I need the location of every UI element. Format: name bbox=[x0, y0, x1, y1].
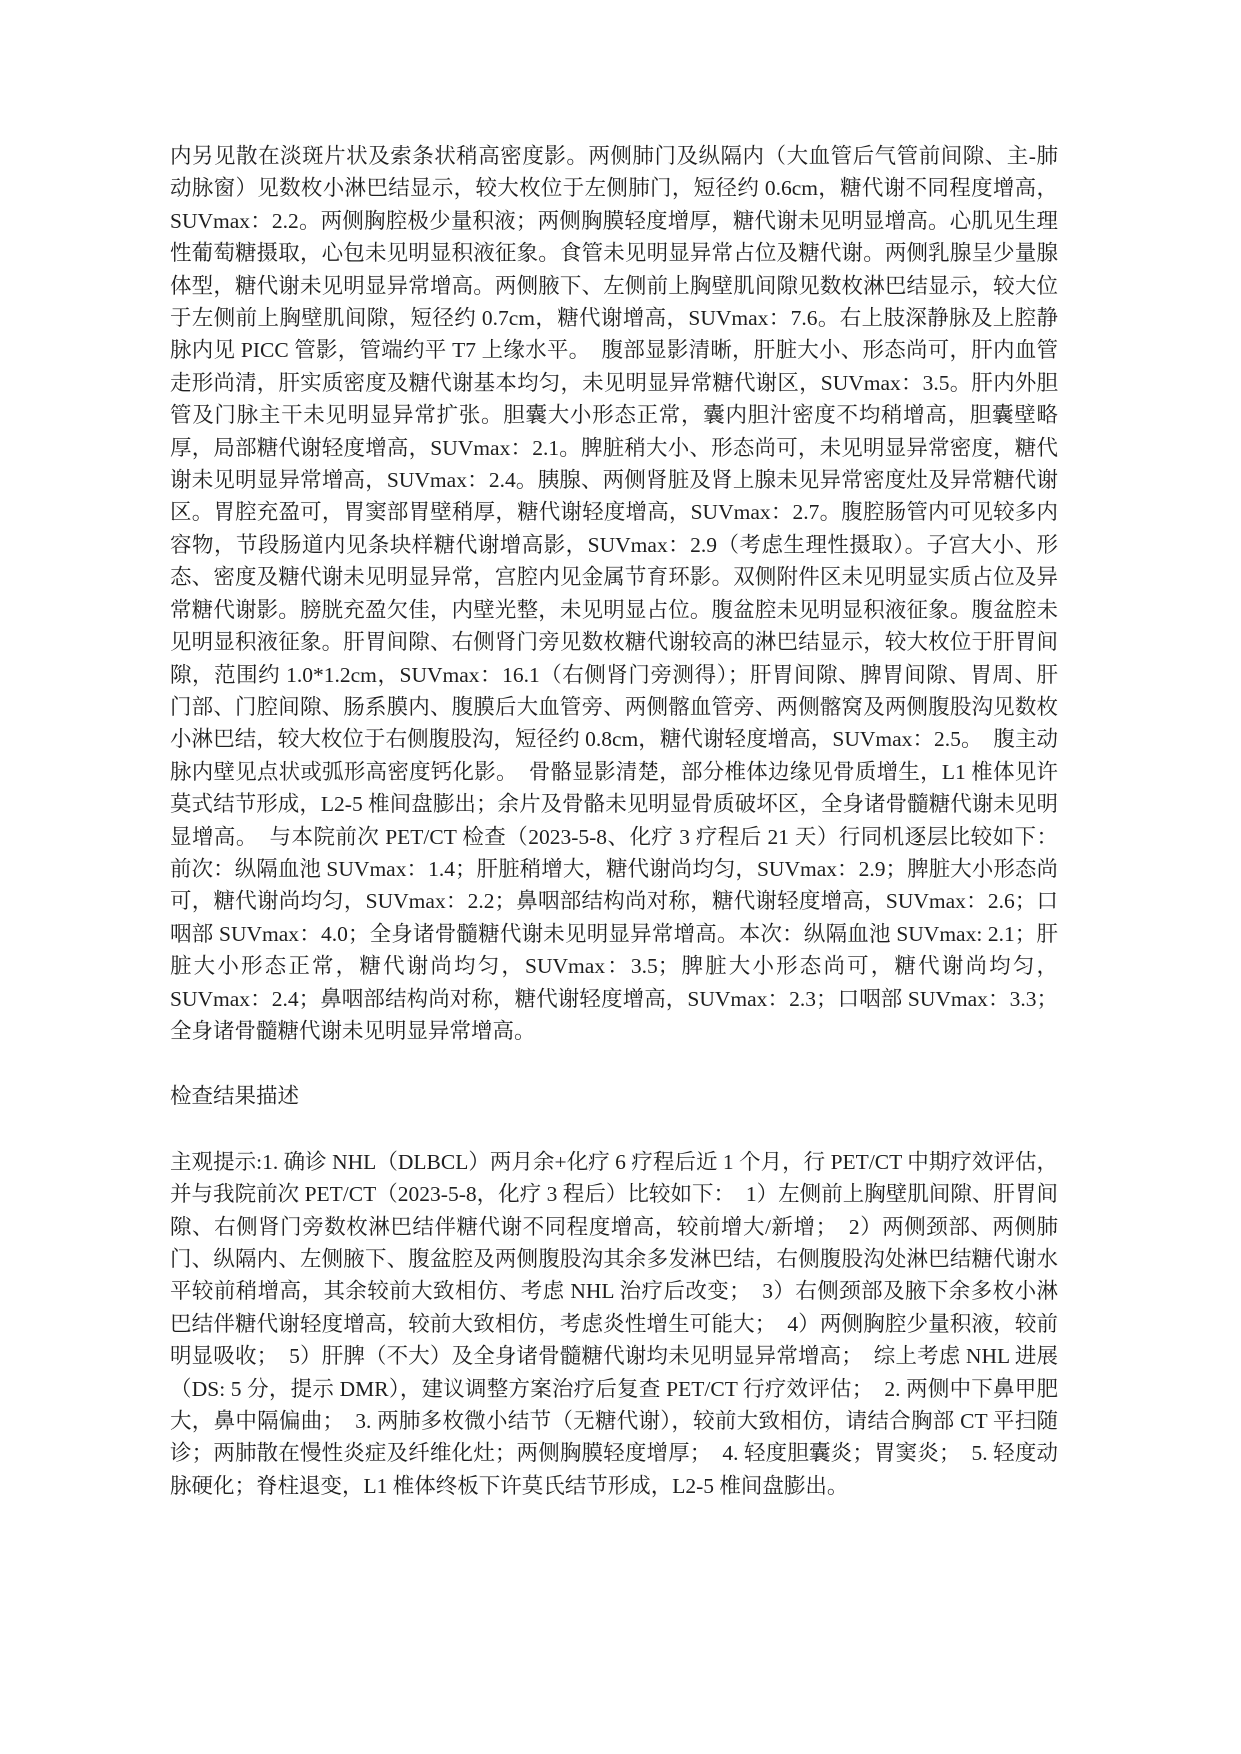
section-heading-result-description: 检查结果描述 bbox=[170, 1080, 1058, 1112]
findings-paragraph: 内另见散在淡斑片状及索条状稍高密度影。两侧肺门及纵隔内（大血管后气管前间隙、主-… bbox=[170, 140, 1058, 1047]
impression-paragraph: 主观提示:1. 确诊 NHL（DLBCL）两月余+化疗 6 疗程后近 1 个月，… bbox=[170, 1146, 1058, 1502]
report-page: 内另见散在淡斑片状及索条状稍高密度影。两侧肺门及纵隔内（大血管后气管前间隙、主-… bbox=[0, 0, 1241, 1754]
report-text-block: 内另见散在淡斑片状及索条状稍高密度影。两侧肺门及纵隔内（大血管后气管前间隙、主-… bbox=[170, 140, 1058, 1502]
